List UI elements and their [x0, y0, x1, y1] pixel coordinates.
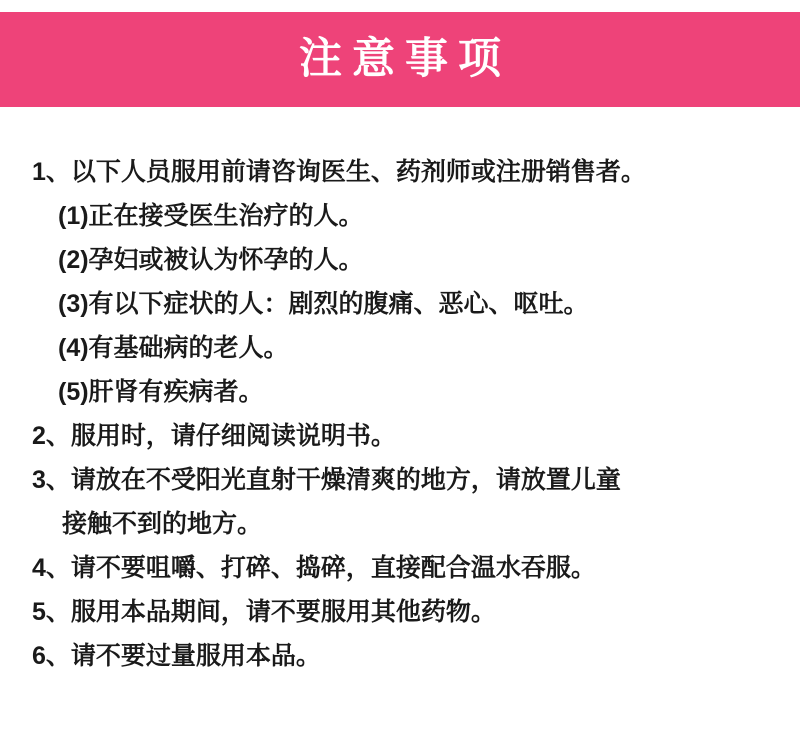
- list-item-5: 5、服用本品期间，请不要服用其他药物。: [0, 590, 800, 634]
- list-subitem-1-2: (2)孕妇或被认为怀孕的人。: [0, 238, 800, 282]
- list-subitem-1-1: (1)正在接受医生治疗的人。: [0, 194, 800, 238]
- list-item-3: 3、请放在不受阳光直射干燥清爽的地方，请放置儿童: [0, 458, 800, 502]
- list-item-3-cont: 接触不到的地方。: [0, 502, 800, 546]
- header-banner: 注意事项: [0, 12, 800, 107]
- precautions-list: 1、以下人员服用前请咨询医生、药剂师或注册销售者。 (1)正在接受医生治疗的人。…: [0, 150, 800, 678]
- list-item-4: 4、请不要咀嚼、打碎、捣碎，直接配合温水吞服。: [0, 546, 800, 590]
- list-item-2: 2、服用时，请仔细阅读说明书。: [0, 414, 800, 458]
- precautions-page: 注意事项 1、以下人员服用前请咨询医生、药剂师或注册销售者。 (1)正在接受医生…: [0, 0, 800, 733]
- list-item-6: 6、请不要过量服用本品。: [0, 634, 800, 678]
- list-subitem-1-5: (5)肝肾有疾病者。: [0, 370, 800, 414]
- list-subitem-1-3: (3)有以下症状的人：剧烈的腹痛、恶心、呕吐。: [0, 282, 800, 326]
- page-title: 注意事项: [289, 38, 511, 81]
- list-subitem-1-4: (4)有基础病的老人。: [0, 326, 800, 370]
- list-item-1: 1、以下人员服用前请咨询医生、药剂师或注册销售者。: [0, 150, 800, 194]
